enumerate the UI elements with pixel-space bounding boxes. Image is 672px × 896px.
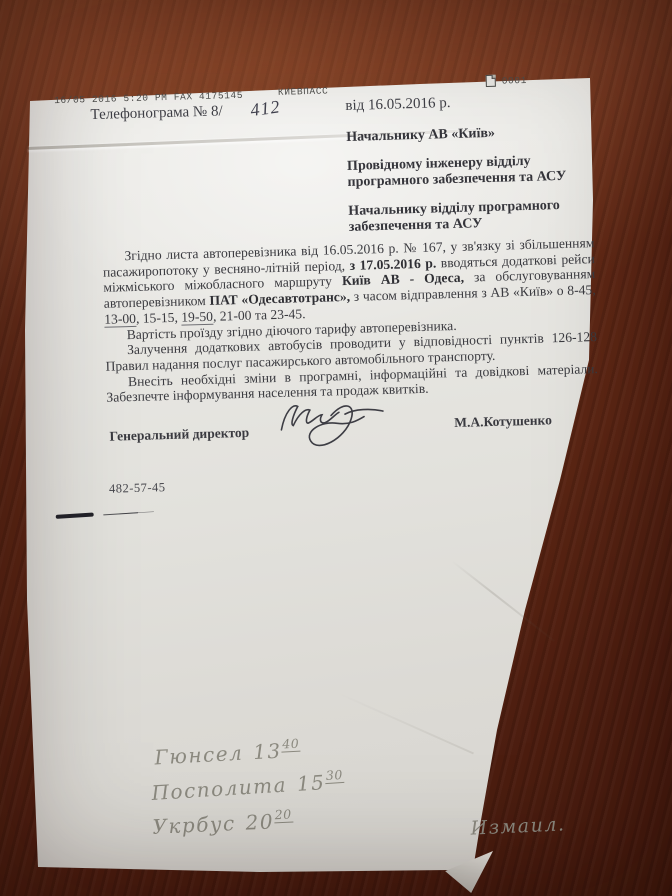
- handwritten-note-1: Гюнсел1340: [154, 736, 301, 770]
- ink-smudge: [56, 513, 94, 519]
- body-text: Згідно листа автоперевізника від 16.05.2…: [102, 235, 598, 406]
- note-carrier: Гюнсел: [154, 741, 244, 770]
- note-carrier: Посполита: [151, 773, 288, 805]
- fax-page-counter: 0001: [486, 74, 528, 87]
- document-photo: { "colors": { "wood": "#5c2614", "paper"…: [0, 0, 672, 896]
- note-minutes: 40: [281, 736, 301, 753]
- signature-scribble: [270, 391, 392, 472]
- note-hours: 15: [286, 770, 326, 796]
- telegram-number-handwritten: 412: [249, 96, 282, 121]
- body-paragraph-1: Згідно листа автоперевізника від 16.05.2…: [102, 235, 596, 327]
- addressee-1: Начальнику АВ «Київ»: [346, 123, 598, 146]
- phone-number: 482-57-45: [109, 480, 166, 497]
- note-carrier: Укрбус: [152, 811, 236, 839]
- handwritten-note-3: Укрбус2020: [152, 807, 294, 839]
- addressee-block: Начальнику АВ «Київ» Провідному інженеру…: [346, 123, 601, 236]
- signature-name: М.А.Котушенко: [454, 412, 552, 431]
- note-hours: 13: [243, 739, 283, 765]
- page-icon: [486, 75, 496, 87]
- telegram-label: Телефонограма № 8/: [90, 103, 223, 124]
- fax-page-number: 0001: [502, 74, 528, 86]
- fax-station-name: КИЕВПАСС: [278, 85, 329, 97]
- handwritten-note-2: Посполита1530: [151, 767, 345, 805]
- document-content: 16/05 2016 5:20 PM FAX 4175145 КИЕВПАСС …: [40, 71, 618, 886]
- addressee-2: Провідному інженеру відділу програмного …: [347, 152, 600, 191]
- handwritten-destination: Измаил.: [470, 813, 566, 839]
- note-minutes: 20: [273, 807, 293, 824]
- addressee-3: Начальнику відділу програмного забезпече…: [348, 197, 601, 236]
- note-hours: 20: [235, 809, 275, 835]
- signature-role: Генеральний директор: [109, 425, 249, 445]
- telegram-date: від 16.05.2016 р.: [345, 95, 451, 115]
- note-minutes: 30: [324, 767, 344, 784]
